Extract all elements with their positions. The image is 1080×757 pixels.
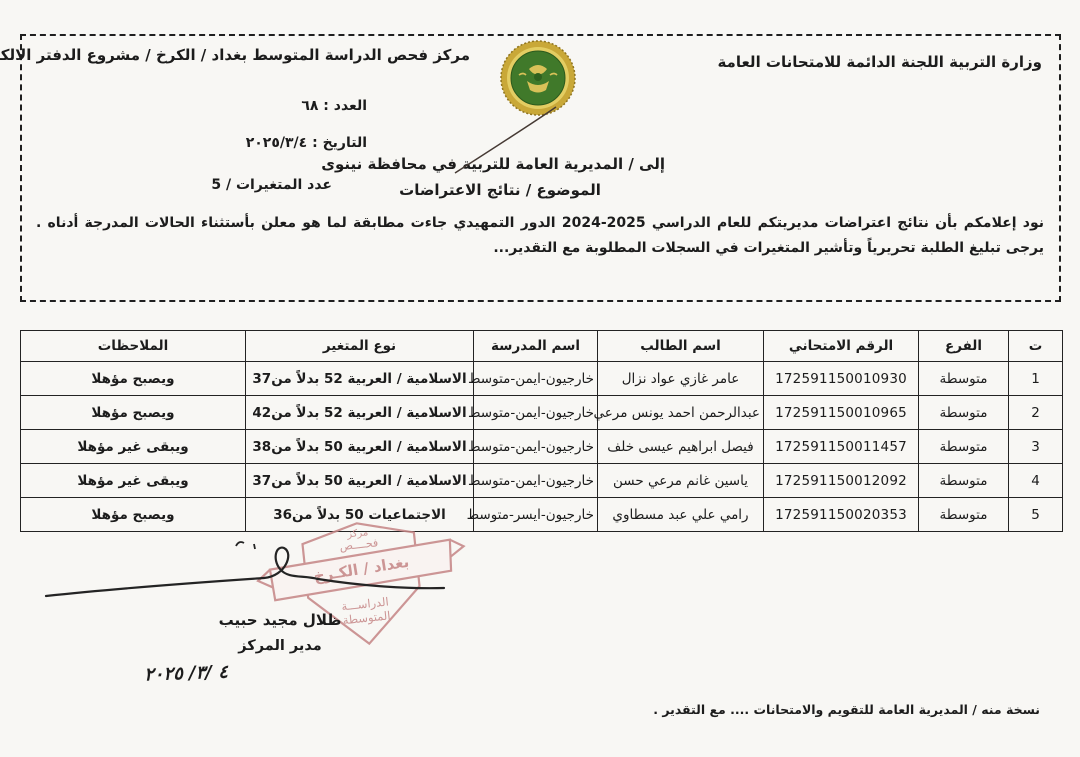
signer-handwritten-date: ٤ /٣/ ٢٠٢٥	[88, 660, 285, 688]
column-header: ت	[1009, 331, 1063, 362]
column-header: نوع المتغير	[246, 331, 474, 362]
signer-name: ظلال مجيد حبيب	[198, 611, 362, 629]
column-header: اسم الطالب	[598, 331, 764, 362]
signer-title: مدير المركز	[198, 638, 362, 654]
table-cell: 5	[1009, 498, 1063, 532]
table-cell: متوسطة	[919, 362, 1009, 396]
table-cell: متوسطة	[919, 498, 1009, 532]
scanned-letter-page: { "letterhead": { "ministry_title": "وزا…	[0, 0, 1080, 757]
table-cell: خارجيون-ايسر-متوسط	[474, 498, 598, 532]
table-cell: 172591150010965	[764, 396, 919, 430]
table-cell: 172591150011457	[764, 430, 919, 464]
table-cell: الاسلامية / العربية 50 بدلاً من38	[246, 430, 474, 464]
table-cell: خارجيون-ايمن-متوسط	[474, 362, 598, 396]
table-row: 4متوسطة172591150012092ياسين غانم مرعي حس…	[21, 464, 1063, 498]
table-row: 2متوسطة172591150010965عبدالرحمن احمد يون…	[21, 396, 1063, 430]
table-cell: 3	[1009, 430, 1063, 464]
table-cell: 1	[1009, 362, 1063, 396]
table-cell: الاسلامية / العربية 52 بدلاً من37	[246, 362, 474, 396]
column-header: اسم المدرسة	[474, 331, 598, 362]
table-cell: ويصبح مؤهلا	[21, 362, 246, 396]
table-cell: فيصل ابراهيم عيسى خلف	[598, 430, 764, 464]
table-cell: 2	[1009, 396, 1063, 430]
table-row: 5متوسطة172591150020353رامي علي عبد مسطاو…	[21, 498, 1063, 532]
table-cell: متوسطة	[919, 430, 1009, 464]
table-cell: 172591150020353	[764, 498, 919, 532]
table-header-row: تالفرعالرقم الامتحانياسم الطالباسم المدر…	[21, 331, 1063, 362]
table-cell: ويبقى غير مؤهلا	[21, 430, 246, 464]
table-row: 1متوسطة172591150010930عامر غازي عواد نزا…	[21, 362, 1063, 396]
objection-results-table: تالفرعالرقم الامتحانياسم الطالباسم المدر…	[20, 330, 1063, 532]
ministry-emblem-icon	[499, 39, 577, 117]
exam-center-title: مركز فحص الدراسة المتوسط بغداد / الكرخ /…	[30, 46, 470, 64]
table-cell: الاسلامية / العربية 50 بدلاً من37	[246, 464, 474, 498]
table-cell: خارجيون-ايمن-متوسط	[474, 430, 598, 464]
table-cell: خارجيون-ايمن-متوسط	[474, 396, 598, 430]
table-cell: خارجيون-ايمن-متوسط	[474, 464, 598, 498]
table-body: 1متوسطة172591150010930عامر غازي عواد نزا…	[21, 362, 1063, 532]
column-header: الرقم الامتحاني	[764, 331, 919, 362]
addressee-line: إلى / المديرية العامة للتربية في محافظة …	[335, 155, 665, 173]
table-cell: متوسطة	[919, 396, 1009, 430]
table-cell: رامي علي عبد مسطاوي	[598, 498, 764, 532]
table-cell: ويصبح مؤهلا	[21, 396, 246, 430]
table-row: 3متوسطة172591150011457فيصل ابراهيم عيسى …	[21, 430, 1063, 464]
letter-number-line: العدد : ٦٨	[301, 98, 367, 114]
handwritten-signature	[40, 536, 470, 616]
table-cell: 4	[1009, 464, 1063, 498]
column-header: الفرع	[919, 331, 1009, 362]
table-cell: عامر غازي عواد نزال	[598, 362, 764, 396]
table-cell: 172591150012092	[764, 464, 919, 498]
column-header: الملاحظات	[21, 331, 246, 362]
table-cell: 172591150010930	[764, 362, 919, 396]
table-cell: عبدالرحمن احمد يونس مرعي	[598, 396, 764, 430]
table-header-row: تالفرعالرقم الامتحانياسم الطالباسم المدر…	[21, 331, 1063, 362]
letter-date-line: التاريخ : ٢٠٢٥/٣/٤	[246, 135, 367, 151]
table-cell: متوسطة	[919, 464, 1009, 498]
table-cell: ويصبح مؤهلا	[21, 498, 246, 532]
table-cell: ويبقى غير مؤهلا	[21, 464, 246, 498]
variables-count-line: عدد المتغيرات / 5	[211, 177, 332, 193]
table-cell: الاسلامية / العربية 52 بدلاً من42	[246, 396, 474, 430]
ministry-title: وزارة التربية اللجنة الدائمة للامتحانات …	[717, 53, 1042, 71]
table-cell: ياسين غانم مرعي حسن	[598, 464, 764, 498]
copy-distribution-line: نسخة منه / المديرية العامة للتقويم والام…	[653, 702, 1040, 717]
letter-body-paragraph: نود إعلامكم بأن نتائج اعتراضات مديريتكم …	[36, 211, 1044, 261]
subject-line: الموضوع / نتائج الاعتراضات	[335, 181, 665, 199]
